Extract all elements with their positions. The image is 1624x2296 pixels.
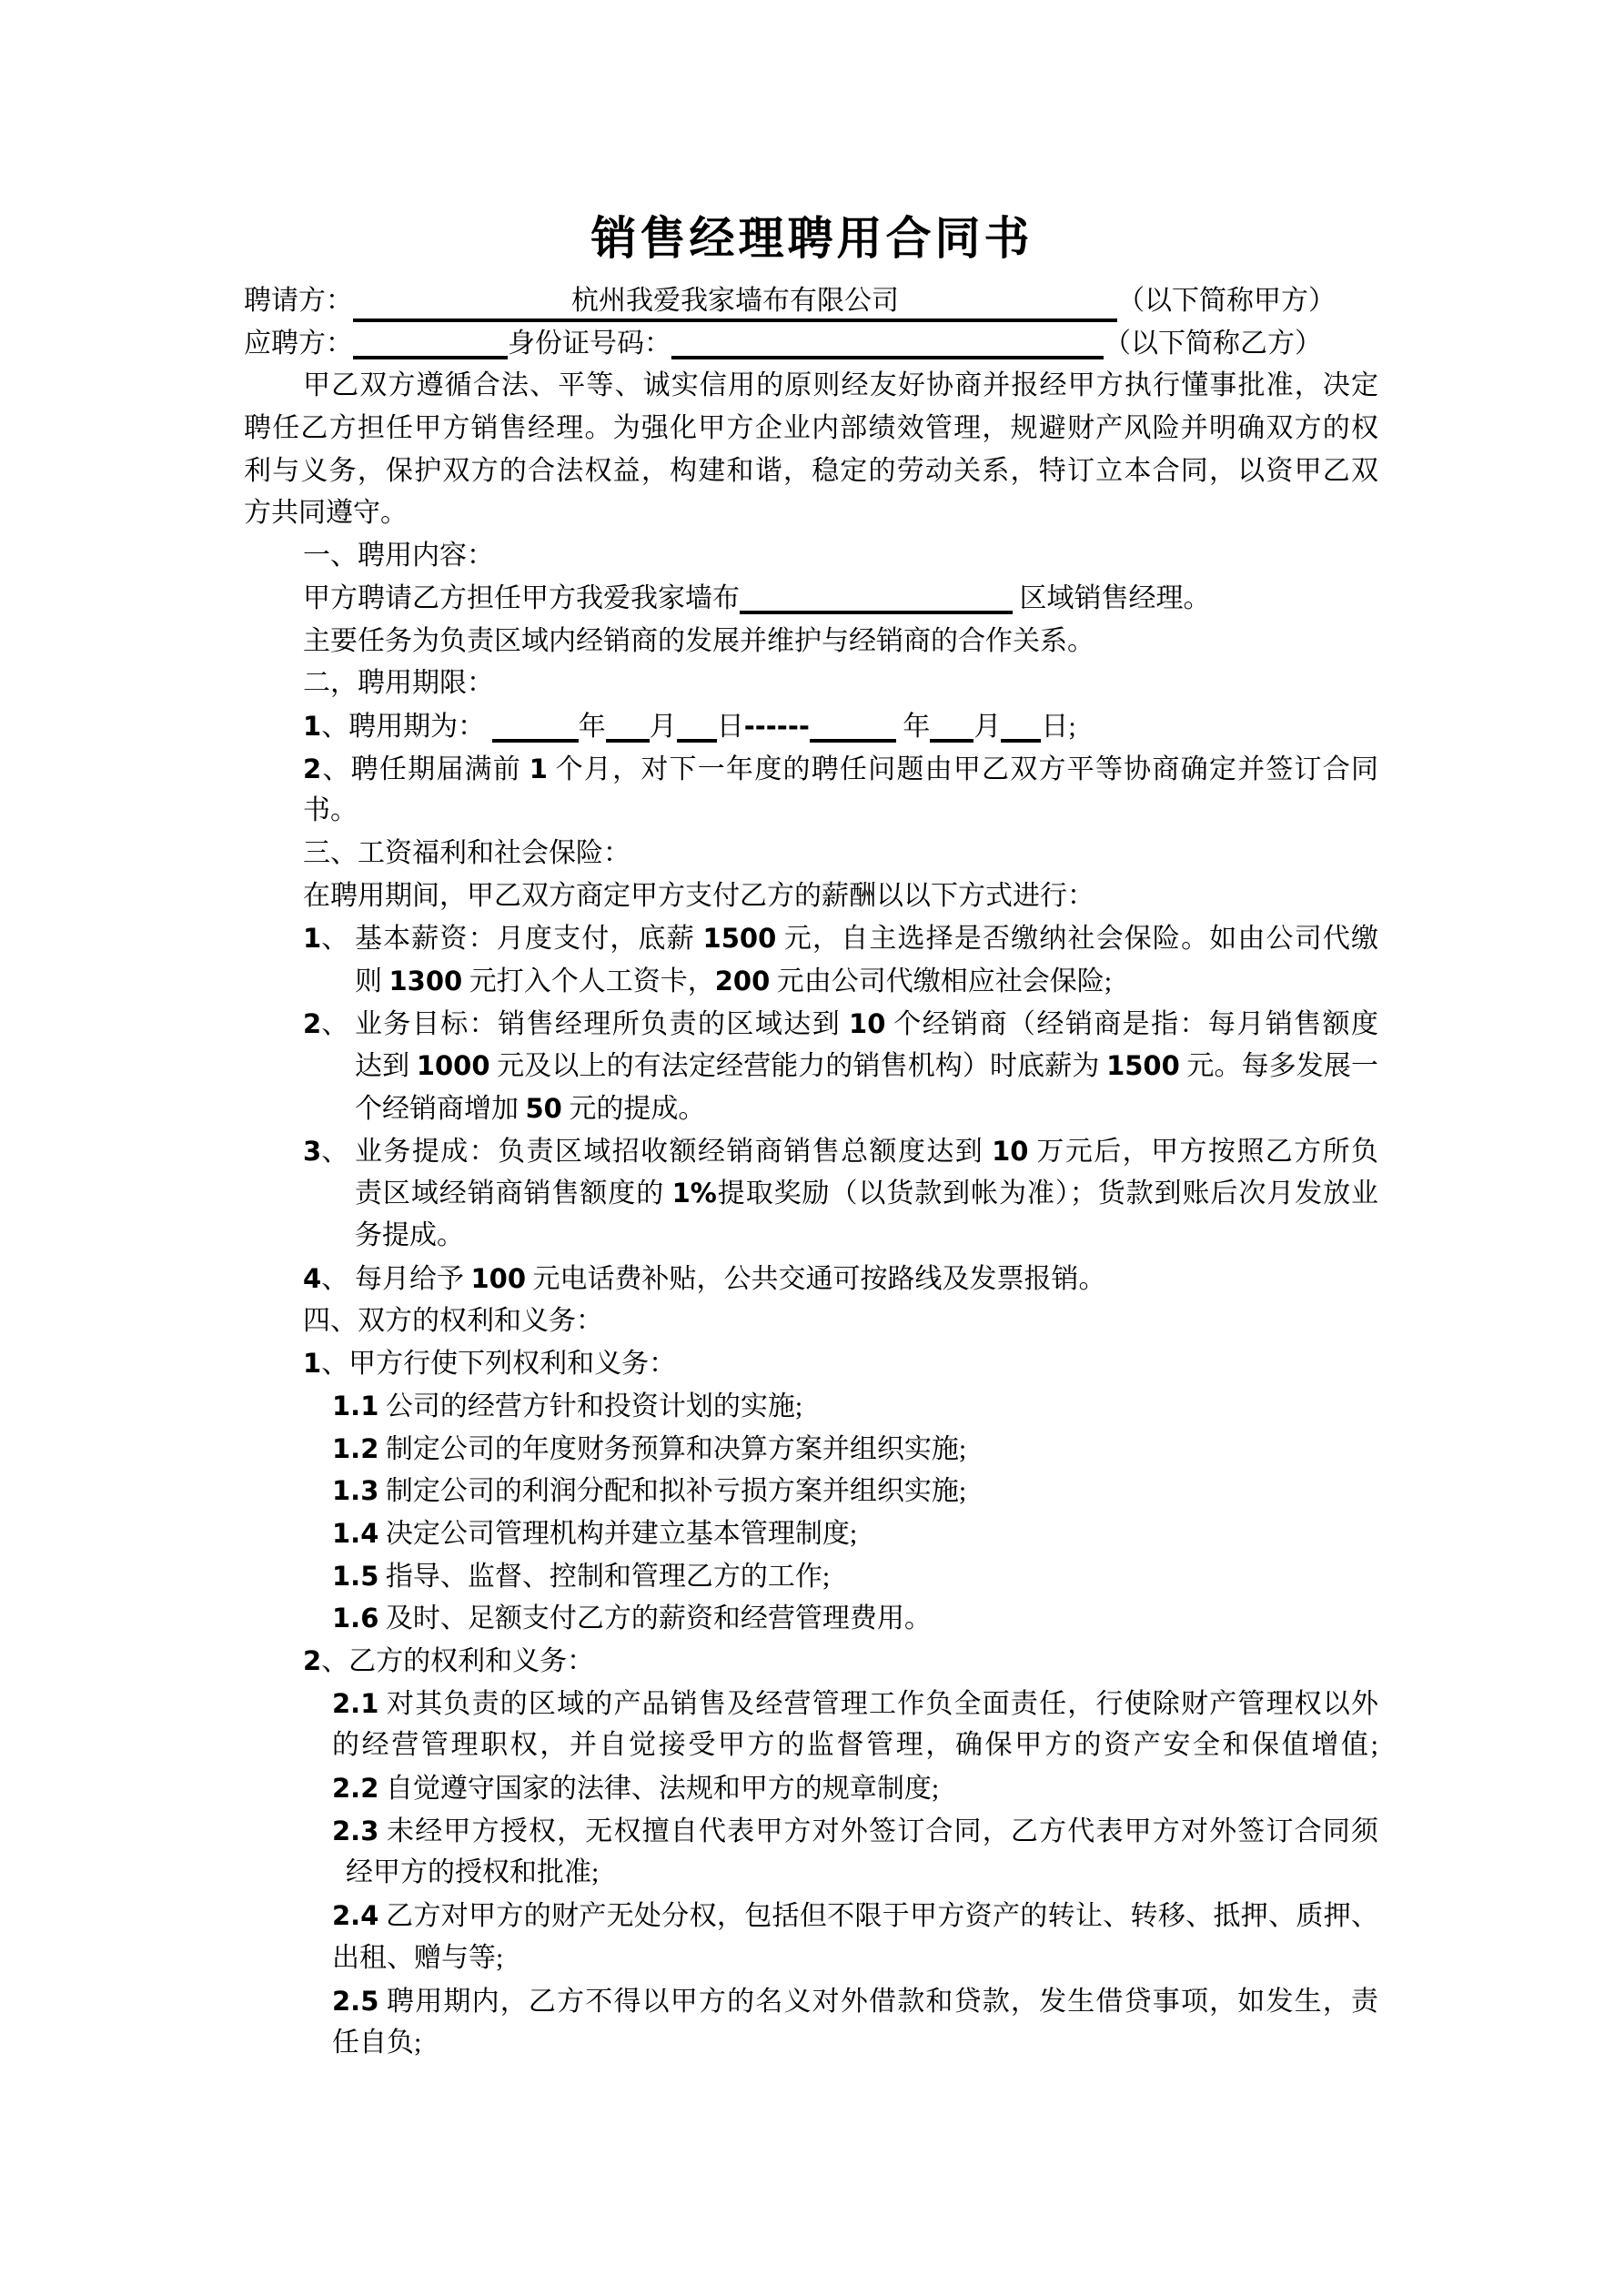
contract-line: 1、基本薪资：月度支付，底薪 1500 元，自主选择是否缴纳社会保险。如由公司代… [244,917,1378,960]
text-run: 出租、赠与等; [332,1943,503,1973]
contract-line: 1.4 决定公司管理机构并建立基本管理制度; [244,1512,1378,1555]
contract-line: 1.2 制定公司的年度财务预算和决算方案并组织实施; [244,1428,1378,1471]
text-run: 书。 [303,795,358,825]
contract-line: 达到 1000 元及以上的有法定经营能力的销售机构）时底薪为 1500 元。每多… [244,1045,1378,1087]
number-run: 1.4 [332,1518,378,1549]
text-run: 区域销售经理。 [1013,583,1211,613]
text-run: 、乙方的权利和义务： [321,1646,594,1676]
contract-line: 2、聘任期届满前 1 个月，对下一年度的聘任问题由甲乙双方平等协商确定并签订合同 [244,748,1378,791]
blank-underline [810,708,896,743]
party-b-line: 应聘方：身份证号码：（以下简称乙方） [244,323,1378,366]
number-run: 100 [471,1263,527,1294]
contract-document-page: 销售经理聘用合同书 聘请方：杭州我爱我家墙布有限公司（以下简称甲方）应聘方：身份… [0,0,1624,2296]
text-run: 身份证号码： [508,329,671,359]
party-a-line: 聘请方：杭州我爱我家墙布有限公司（以下简称甲方） [244,280,1378,323]
text-run: 责区域经销商销售额度的 [355,1178,672,1209]
contract-line: 2.2 自觉遵守国家的法律、法规和甲方的规章制度; [244,1767,1378,1810]
number-run: 2 [303,754,321,784]
number-run: 4 [303,1263,321,1294]
text-run: 个月，对下一年度的聘任问题由甲乙双方平等协商确定并签订合同 [548,754,1378,784]
text-run: 万元后，甲方按照乙方所负 [1028,1137,1378,1167]
contract-line: 甲乙双方遵循合法、平等、诚实信用的原则经友好协商并报经甲方执行懂事批准，决定 [244,365,1378,408]
list-marker: 4、 [303,1258,348,1300]
number-run: 1500 [1106,1050,1180,1081]
text-run: 、 [321,924,348,954]
contract-line: 聘任乙方担任甲方销售经理。为强化甲方企业内部绩效管理，规避财产风险并明确双方的权 [244,408,1378,450]
text-run: （以下简称甲方） [1117,286,1336,316]
number-run: 1500 [703,923,777,954]
blank-underline [606,708,650,743]
text-run: 乙方对甲方的财产无处分权，包括但不限于甲方资产的转让、转移、抵押、质押、 [378,1901,1378,1931]
contract-line: 2.4 乙方对甲方的财产无处分权，包括但不限于甲方资产的转让、转移、抵押、质押、 [244,1895,1378,1937]
number-run: 1 [303,923,321,954]
number-run: 2.5 [332,1986,378,2017]
text-run: 个经销商增加 [355,1094,526,1124]
number-run: 2 [303,1645,321,1676]
text-run: 、 [321,1137,348,1167]
text-run: 聘用期内，乙方不得以甲方的名义对外借款和贷款，发生借贷事项，如发生，责 [378,1987,1378,2017]
contract-line: 务提成。 [244,1215,1378,1258]
text-run: 决定公司管理机构并建立基本管理制度; [378,1519,857,1549]
text-run: 、甲方行使下列权利和义务： [321,1349,676,1379]
text-run: 四、双方的权利和义务： [303,1306,603,1336]
number-run: 10 [849,1008,885,1039]
text-run: 基本薪资：月度支付，底薪 [355,924,703,954]
number-run: 1 [303,1348,321,1379]
contract-line: 主要任务为负责区域内经销商的发展并维护与经销商的合作关系。 [244,621,1378,663]
contract-line: 在聘用期间，甲乙双方商定甲方支付乙方的薪酬以以下方式进行： [244,875,1378,918]
number-run: 1300 [389,966,463,996]
contract-line: 出租、赠与等; [244,1937,1378,1980]
section-3-heading: 三、工资福利和社会保险： [244,833,1378,875]
text-run: 年 [579,712,606,742]
text-run: 应聘方： [244,329,353,359]
blank-underline [492,708,579,743]
contract-line: 利与义务，保护双方的合法权益，构建和谐，稳定的劳动关系，特订立本合同，以资甲乙双 [244,450,1378,493]
contract-line: 经甲方的授权和批准; [244,1852,1378,1895]
text-run: 年 [896,712,931,742]
text-run: 、 [321,1009,348,1039]
text-run: 个经销商（经销商是指：每月销售额度 [885,1009,1378,1039]
text-run: 公司的经营方针和投资计划的实施; [378,1391,802,1421]
contract-line: 2.3 未经甲方授权，无权擅自代表甲方对外签订合同，乙方代表甲方对外签订合同须 [244,1810,1378,1853]
text-run: 日 [717,712,744,742]
contract-line: 书。 [244,790,1378,833]
number-run: 2.3 [332,1816,378,1846]
number-run: 2.4 [332,1900,378,1931]
blank-underline [671,325,1104,359]
text-run: 利与义务，保护双方的合法权益，构建和谐，稳定的劳动关系，特订立本合同，以资甲乙双 [244,456,1378,486]
text-run: 、聘任期届满前 [321,754,530,784]
number-run: 50 [526,1093,562,1124]
contract-line: 3、业务提成：负责区域招收额经销商销售总额度达到 10 万元后，甲方按照乙方所负 [244,1130,1378,1173]
text-run: 聘请方： [244,286,353,316]
blank-filled-text: 杭州我爱我家墙布有限公司 [571,286,899,316]
number-run: 1.1 [332,1391,378,1421]
contract-line: 2、乙方的权利和义务： [244,1640,1378,1683]
text-run: 元的提成。 [562,1094,706,1124]
text-run: 日; [1041,712,1075,742]
text-run: 自觉遵守国家的法律、法规和甲方的规章制度; [378,1774,939,1804]
contract-line: 1.6 及时、足额支付乙方的薪资和经营管理费用。 [244,1597,1378,1640]
number-run: 1% [672,1178,717,1209]
text-run: 达到 [355,1051,417,1081]
text-run: 三、工资福利和社会保险： [303,838,630,868]
text-run: 制定公司的利润分配和拟补亏损方案并组织实施; [378,1476,966,1506]
text-run: 在聘用期间，甲乙双方商定甲方支付乙方的薪酬以以下方式进行： [303,881,1094,911]
text-run: 指导、监督、控制和管理乙方的工作; [378,1562,830,1592]
number-run: 1.3 [332,1475,378,1506]
number-run: 1000 [417,1050,490,1081]
text-run: 务提成。 [355,1220,464,1250]
text-run: 甲乙双方遵循合法、平等、诚实信用的原则经友好协商并报经甲方执行懂事批准，决定 [303,370,1378,400]
document-title: 销售经理聘用合同书 [0,202,1624,268]
number-run: 1 [530,754,548,784]
number-run: 1.5 [332,1561,378,1592]
term-dates-line: 1、聘用期为： 年月日------ 年月日; [244,705,1378,748]
text-run: 甲方聘请乙方担任甲方我爱我家墙布 [303,583,740,613]
blank-underline: 杭州我爱我家墙布有限公司 [353,284,1117,322]
contract-line: 甲方聘请乙方担任甲方我爱我家墙布 区域销售经理。 [244,578,1378,621]
text-run: 每月给予 [355,1264,471,1294]
number-run: 2 [303,1008,321,1039]
text-run: 方共同遵守。 [244,498,408,528]
text-run: 、 [321,1264,348,1294]
contract-line: 1.5 指导、监督、控制和管理乙方的工作; [244,1555,1378,1598]
text-run: 经甲方的授权和批准; [346,1857,599,1887]
text-run: 元。每多发展一 [1180,1051,1378,1081]
blank-underline [740,580,1013,614]
text-run: 任自负; [332,2028,421,2058]
section-1-heading: 一、聘用内容： [244,535,1378,578]
text-run: （以下简称乙方） [1104,329,1322,359]
text-run: 元电话费补贴，公共交通可按路线及发票报销。 [526,1264,1106,1294]
contract-line: 1.1 公司的经营方针和投资计划的实施; [244,1385,1378,1428]
contract-line: 2、业务目标：销售经理所负责的区域达到 10 个经销商（经销商是指：每月销售额度 [244,1003,1378,1046]
text-run: 的经营管理职权，并自觉接受甲方的监督管理，确保甲方的资产安全和保值增值; [332,1730,1378,1760]
blank-underline [1001,708,1041,743]
text-run: 月 [973,712,1001,742]
text-run: 对其负责的区域的产品销售及经营管理工作负全面责任，行使除财产管理权以外 [378,1689,1378,1719]
number-run: 3 [303,1136,321,1167]
blank-underline [930,708,973,743]
number-run: 200 [715,966,771,996]
text-run: 元打入个人工资卡， [462,966,715,996]
blank-underline [353,325,508,359]
contract-line: 则 1300 元打入个人工资卡，200 元由公司代缴相应社会保险; [244,960,1378,1003]
text-run: 制定公司的年度财务预算和决算方案并组织实施; [378,1434,966,1464]
text-run: 主要任务为负责区域内经销商的发展并维护与经销商的合作关系。 [303,626,1094,656]
blank-underline [677,708,717,743]
contract-line: 1、甲方行使下列权利和义务： [244,1342,1378,1385]
contract-line: 2.1 对其负责的区域的产品销售及经营管理工作负全面责任，行使除财产管理权以外 [244,1683,1378,1725]
number-run: 2.1 [332,1688,378,1719]
number-run: 10 [992,1136,1028,1167]
contract-line: 个经销商增加 50 元的提成。 [244,1087,1378,1130]
number-run: 1.6 [332,1603,378,1633]
list-marker: 1、 [303,917,348,960]
number-run: 1.2 [332,1433,378,1464]
text-run: 聘任乙方担任甲方销售经理。为强化甲方企业内部绩效管理，规避财产风险并明确双方的权 [244,413,1378,443]
section-2-heading: 二，聘用期限： [244,663,1378,705]
text-run: 业务提成：负责区域招收额经销商销售总额度达到 [355,1137,992,1167]
contract-line: 的经营管理职权，并自觉接受甲方的监督管理，确保甲方的资产安全和保值增值; [244,1725,1378,1767]
text-run: 提取奖励（以货款到帐为准）；货款到账后次月发放业 [717,1178,1378,1209]
text-run: 则 [355,966,389,996]
text-run: 元，自主选择是否缴纳社会保险。如由公司代缴 [776,924,1378,954]
text-run: 业务目标：销售经理所负责的区域达到 [355,1009,849,1039]
text-run: 未经甲方授权，无权擅自代表甲方对外签订合同，乙方代表甲方对外签订合同须 [378,1816,1378,1846]
contract-line: 方共同遵守。 [244,492,1378,535]
list-marker: 2、 [303,1003,348,1046]
contract-line: 任自负; [244,2022,1378,2065]
contract-line: 4、每月给予 100 元电话费补贴，公共交通可按路线及发票报销。 [244,1258,1378,1300]
document-body: 聘请方：杭州我爱我家墙布有限公司（以下简称甲方）应聘方：身份证号码：（以下简称乙… [244,280,1378,2065]
list-marker: 3、 [303,1130,348,1173]
contract-line: 2.5 聘用期内，乙方不得以甲方的名义对外借款和贷款，发生借贷事项，如发生，责 [244,1980,1378,2023]
text-run: 及时、足额支付乙方的薪资和经营管理费用。 [378,1603,932,1633]
contract-line: 责区域经销商销售额度的 1%提取奖励（以货款到帐为准）；货款到账后次月发放业 [244,1172,1378,1215]
number-run: ------ [744,711,810,742]
section-4-heading: 四、双方的权利和义务： [244,1300,1378,1343]
text-run: 月 [650,712,677,742]
number-run: 1 [303,711,321,742]
text-run: 元及以上的有法定经营能力的销售机构）时底薪为 [490,1051,1107,1081]
contract-line: 1.3 制定公司的利润分配和拟补亏损方案并组织实施; [244,1470,1378,1512]
text-run: 二，聘用期限： [303,668,494,698]
number-run: 2.2 [332,1773,378,1804]
text-run: 一、聘用内容： [303,541,494,571]
text-run: 、聘用期为： [321,712,492,742]
text-run: 元由公司代缴相应社会保险; [770,966,1112,996]
